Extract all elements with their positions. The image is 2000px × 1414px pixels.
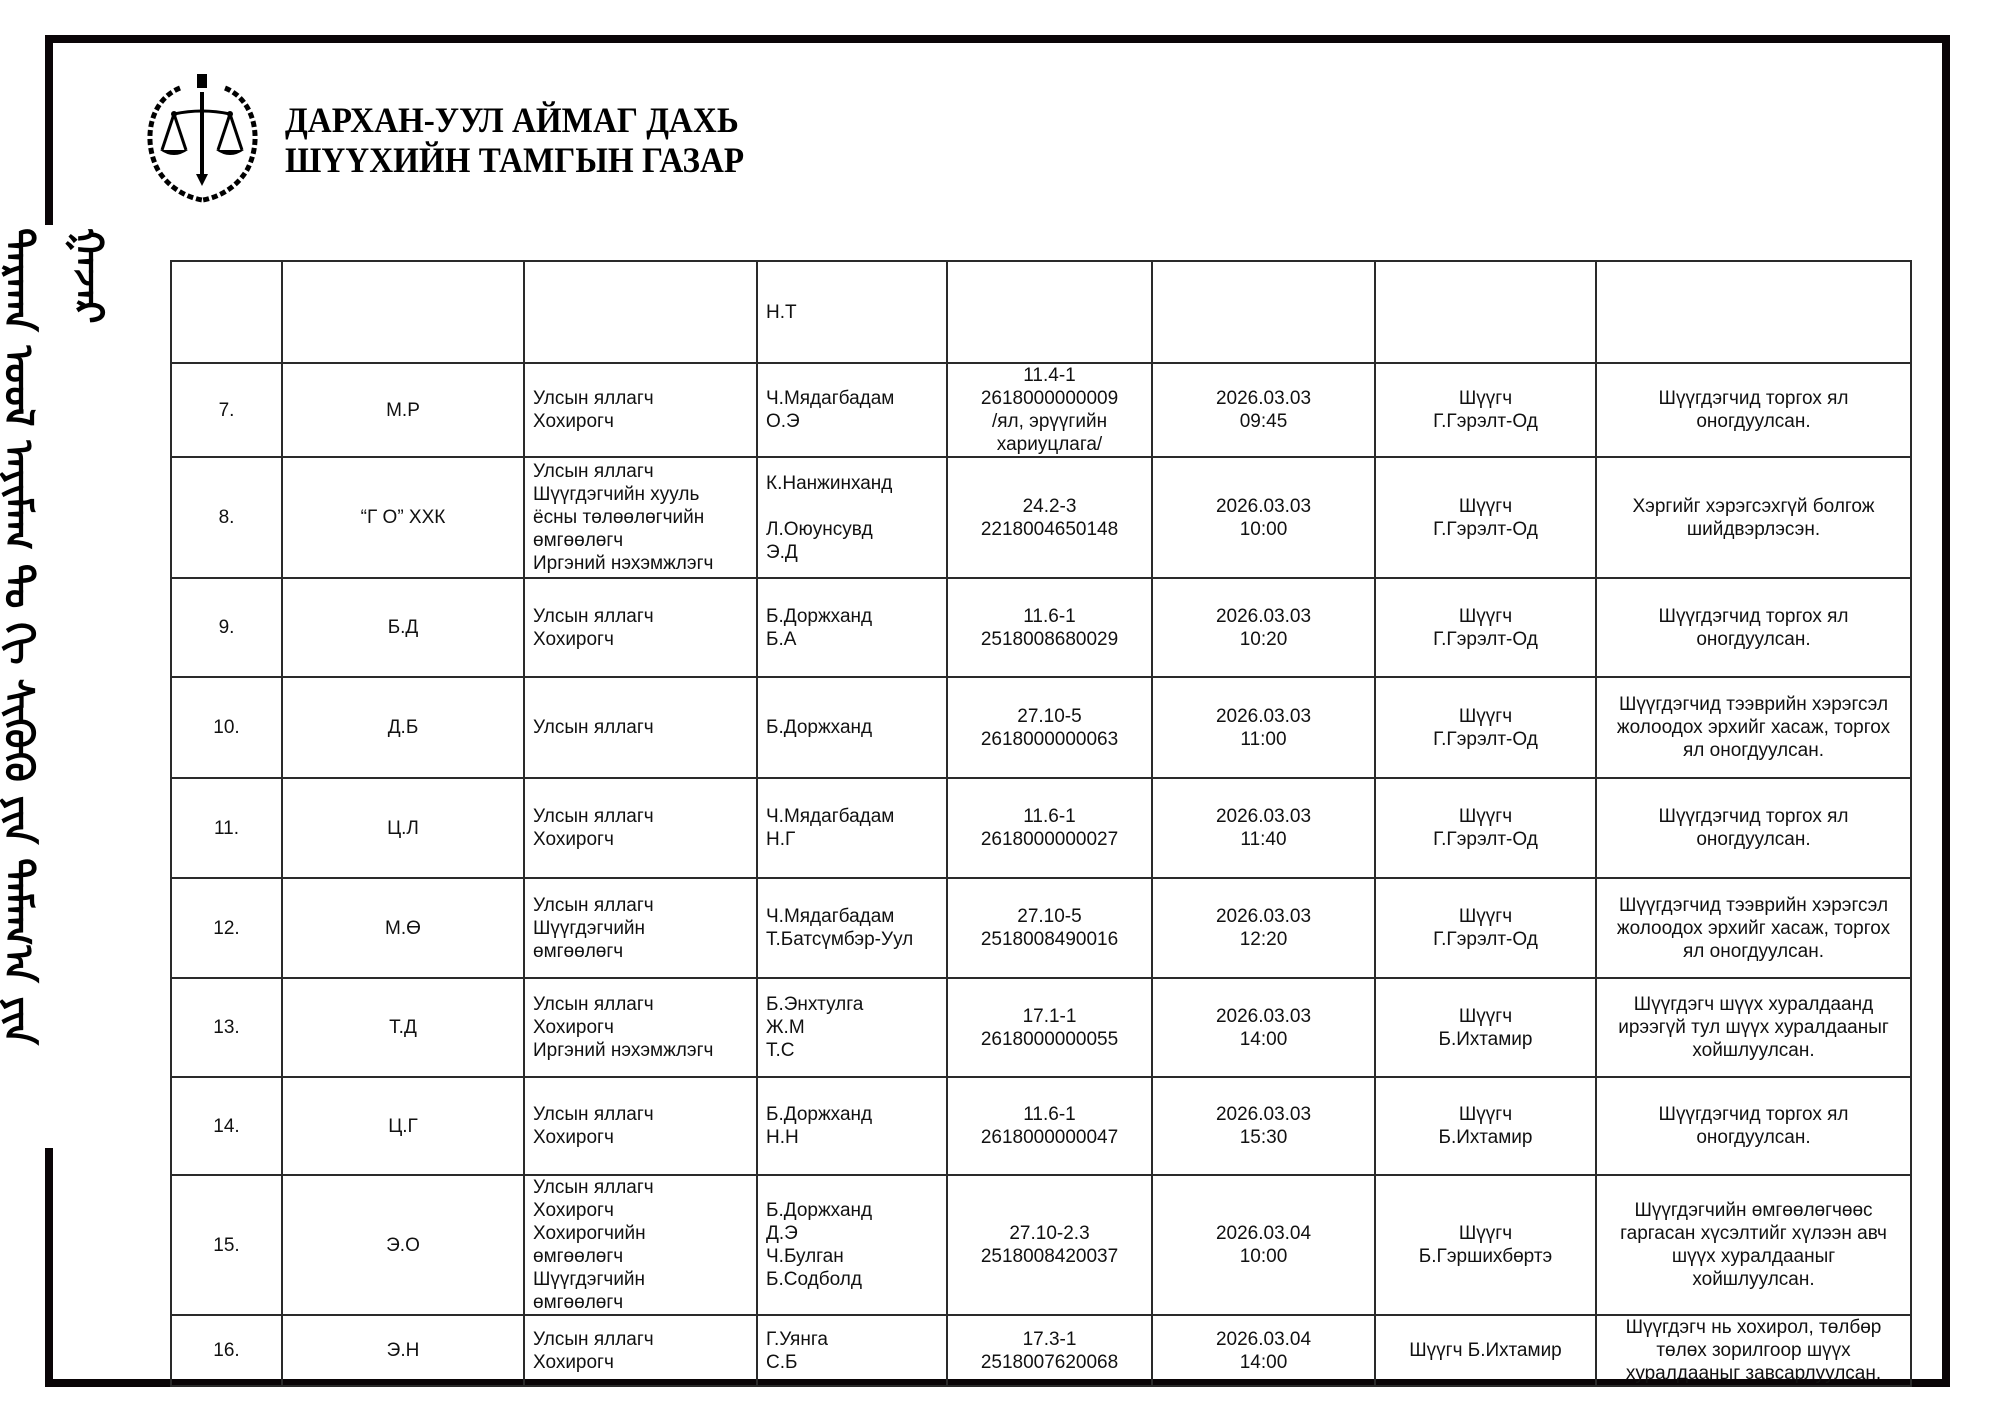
hearing-result-line: ял оногдуулсан. [1605, 940, 1902, 963]
hearing-result-line: ирээгүй тул шүүх хуралдааныг [1605, 1016, 1902, 1039]
hearing-datetime-line: 2026.03.03 [1161, 805, 1366, 828]
hearing-datetime: 2026.03.0410:00 [1152, 1175, 1375, 1315]
hearing-datetime: 2026.03.0315:30 [1152, 1077, 1375, 1175]
table-row: 11.Ц.ЛУлсын яллагчХохирогчЧ.МядагбадамН.… [171, 778, 1911, 878]
hearing-datetime: 2026.03.0310:00 [1152, 457, 1375, 578]
participant-roles-line: Иргэний нэхэмжлэгч [533, 1039, 748, 1062]
participant-names-line: Н.Г [766, 828, 938, 851]
participant-names-line: Д.Э [766, 1222, 938, 1245]
participant-names-line: Т.С [766, 1039, 938, 1062]
case-article-number-line: 2218004650148 [956, 518, 1143, 541]
hearing-result-line: шүүх хуралдааныг [1605, 1245, 1902, 1268]
participant-names: Б.ДоржхандД.ЭЧ.БулганБ.Содболд [757, 1175, 947, 1315]
case-article-number-line: 11.6-1 [956, 805, 1143, 828]
case-article-number-line: 2618000000047 [956, 1126, 1143, 1149]
case-article-number-line: 27.10-5 [956, 705, 1143, 728]
participant-names-line: Б.Доржханд [766, 605, 938, 628]
participant-roles: Улсын яллагчХохирогчХохирогчийнөмгөөлөгч… [524, 1175, 757, 1315]
case-article-number: 27.10-2.32518008420037 [947, 1175, 1152, 1315]
case-article-number: 17.1-12618000000055 [947, 978, 1152, 1077]
hearing-result-line: Шүүгдэгчид тээврийн хэрэгсэл [1605, 693, 1902, 716]
court-emblem-icon [140, 70, 265, 205]
participant-roles [524, 261, 757, 363]
table-row: 7.М.РУлсын яллагчХохирогчЧ.МядагбадамО.Э… [171, 363, 1911, 457]
case-article-number: 24.2-32218004650148 [947, 457, 1152, 578]
presiding-judge-line: Г.Гэрэлт-Од [1384, 518, 1587, 541]
participant-roles: Улсын яллагчХохирогч [524, 1077, 757, 1175]
defendant-name [282, 261, 524, 363]
hearing-datetime: 2026.03.0314:00 [1152, 978, 1375, 1077]
participant-names-line: Ч.Мядагбадам [766, 905, 938, 928]
case-article-number-line: 2618000000055 [956, 1028, 1143, 1051]
defendant-name: М.Р [282, 363, 524, 457]
participant-roles-line: Шүүгдэгчийн хууль [533, 483, 748, 506]
defendant-name: Э.Н [282, 1315, 524, 1386]
participant-names-line: Б.Доржханд [766, 1103, 938, 1126]
participant-names: Ч.МядагбадамО.Э [757, 363, 947, 457]
hearing-datetime-line: 2026.03.04 [1161, 1222, 1366, 1245]
hearing-datetime-line: 2026.03.03 [1161, 1005, 1366, 1028]
case-article-number-line: 11.6-1 [956, 1103, 1143, 1126]
hearing-result-line: Шүүгдэгчийн өмгөөлөгчөөс [1605, 1199, 1902, 1222]
hearing-result: Шүүгдэгчийн өмгөөлөгчөөсгаргасан хүсэлти… [1596, 1175, 1911, 1315]
case-article-number: 17.3-12518007620068 [947, 1315, 1152, 1386]
presiding-judge: ШүүгчГ.Гэрэлт-Од [1375, 363, 1596, 457]
participant-names-line: Г.Уянга [766, 1328, 938, 1351]
participant-names: Б.ЭнхтулгаЖ.МТ.С [757, 978, 947, 1077]
presiding-judge-line: Шүүгч [1384, 1222, 1587, 1245]
row-number: 9. [171, 578, 282, 677]
hearing-result: Шүүгдэгчид тээврийн хэрэгсэлжолоодох эрх… [1596, 878, 1911, 978]
presiding-judge: ШүүгчГ.Гэрэлт-Од [1375, 457, 1596, 578]
participant-names-line: Ч.Мядагбадам [766, 387, 938, 410]
case-article-number-line: 11.4-1 [956, 364, 1143, 387]
case-article-number-line: хариуцлага/ [956, 433, 1143, 456]
participant-roles-line: Улсын яллагч [533, 605, 748, 628]
participant-roles-line: Хохирогч [533, 410, 748, 433]
participant-roles-line: Улсын яллагч [533, 1328, 748, 1351]
presiding-judge: ШүүгчБ.Ихтамир [1375, 978, 1596, 1077]
defendant-name: Э.О [282, 1175, 524, 1315]
hearing-datetime [1152, 261, 1375, 363]
case-article-number-line: 2518007620068 [956, 1351, 1143, 1374]
hearing-result: Шүүгдэгчид торгох ялоногдуулсан. [1596, 363, 1911, 457]
presiding-judge-line: Г.Гэрэлт-Од [1384, 728, 1587, 751]
hearing-result-line: хуралдааныг завсарлуулсан. [1605, 1362, 1902, 1385]
participant-roles: Улсын яллагчХохирогч [524, 1315, 757, 1386]
participant-roles-line: өмгөөлөгч [533, 1245, 748, 1268]
hearing-result-line: хойшлуулсан. [1605, 1039, 1902, 1062]
hearing-result-line: жолоодох эрхийг хасаж, торгох [1605, 716, 1902, 739]
hearing-datetime-line: 2026.03.03 [1161, 1103, 1366, 1126]
participant-names: Г.УянгаС.Б [757, 1315, 947, 1386]
participant-names-line: Б.Доржханд [766, 716, 938, 739]
case-article-number-line: 17.3-1 [956, 1328, 1143, 1351]
case-article-number-line: 17.1-1 [956, 1005, 1143, 1028]
hearing-datetime-line: 2026.03.03 [1161, 605, 1366, 628]
participant-names-line: Ч.Мядагбадам [766, 805, 938, 828]
participant-names-line: Б.Энхтулга [766, 993, 938, 1016]
presiding-judge-line: Б.Ихтамир [1384, 1126, 1587, 1149]
participant-roles-line: Хохирогчийн [533, 1222, 748, 1245]
participant-names: Ч.МядагбадамТ.Батсүмбэр-Уул [757, 878, 947, 978]
hearing-result-line: Шүүгдэгч шүүх хуралдаанд [1605, 993, 1902, 1016]
participant-roles-line: Улсын яллагч [533, 1176, 748, 1199]
participant-names-line: Ж.М [766, 1016, 938, 1039]
hearing-datetime: 2026.03.0414:00 [1152, 1315, 1375, 1386]
hearing-result-line: ял оногдуулсан. [1605, 739, 1902, 762]
court-schedule-table: Н.Т7.М.РУлсын яллагчХохирогчЧ.Мядагбадам… [170, 260, 1912, 1387]
participant-roles: Улсын яллагчХохирогчИргэний нэхэмжлэгч [524, 978, 757, 1077]
participant-roles-line: өмгөөлөгч [533, 529, 748, 552]
presiding-judge: ШүүгчГ.Гэрэлт-Од [1375, 677, 1596, 778]
hearing-result: Шүүгдэгчид торгох ялоногдуулсан. [1596, 778, 1911, 878]
case-article-number-line: 2618000000009 [956, 387, 1143, 410]
participant-roles: Улсын яллагчШүүгдэгчийнөмгөөлөгч [524, 878, 757, 978]
title-line-2: ШҮҮХИЙН ТАМГЫН ГАЗАР [285, 140, 744, 180]
hearing-datetime-line: 2026.03.03 [1161, 387, 1366, 410]
case-article-number: 27.10-52618000000063 [947, 677, 1152, 778]
participant-roles-line: Шүүгдэгчийн [533, 917, 748, 940]
participant-names-line: Б.Содболд [766, 1268, 938, 1291]
presiding-judge-line: Б.Ихтамир [1384, 1028, 1587, 1051]
case-article-number: 11.4-12618000000009/ял, эрүүгийнхариуцла… [947, 363, 1152, 457]
participant-roles-line: өмгөөлөгч [533, 940, 748, 963]
presiding-judge: ШүүгчБ.Гэршихбөртэ [1375, 1175, 1596, 1315]
presiding-judge-line: Шүүгч [1384, 805, 1587, 828]
hearing-datetime-line: 11:40 [1161, 828, 1366, 851]
participant-names-line: Э.Д [766, 541, 938, 564]
case-article-number-line: 27.10-5 [956, 905, 1143, 928]
defendant-name: “Г О” ХХК [282, 457, 524, 578]
participant-names-line: Ч.Булган [766, 1245, 938, 1268]
row-number: 15. [171, 1175, 282, 1315]
hearing-datetime-line: 10:20 [1161, 628, 1366, 651]
side-script-text: ᠳᠠᠷᠬᠠᠨ ᠤᠤᠯ ᠠᠶᠢᠮᠠᠭ ᠲᠤ ᠬᠢ ᠱᠢᠭᠦᠬᠦ ᠶᠢᠨ ᠲᠠᠮᠠᠭ… [0, 228, 123, 1146]
row-number: 7. [171, 363, 282, 457]
case-article-number-line: /ял, эрүүгийн [956, 410, 1143, 433]
hearing-datetime: 2026.03.0312:20 [1152, 878, 1375, 978]
presiding-judge-line: Г.Гэрэлт-Од [1384, 628, 1587, 651]
case-article-number-line: 2518008490016 [956, 928, 1143, 951]
participant-names: Н.Т [757, 261, 947, 363]
hearing-result-line: оногдуулсан. [1605, 628, 1902, 651]
table-row: 9.Б.ДУлсын яллагчХохирогчБ.ДоржхандБ.А11… [171, 578, 1911, 677]
case-article-number: 11.6-12618000000047 [947, 1077, 1152, 1175]
row-number: 16. [171, 1315, 282, 1386]
participant-names: Ч.МядагбадамН.Г [757, 778, 947, 878]
row-number: 13. [171, 978, 282, 1077]
participant-names: Б.Доржханд [757, 677, 947, 778]
participant-names: К.Нанжинханд Л.ОюунсувдЭ.Д [757, 457, 947, 578]
hearing-datetime-line: 2026.03.03 [1161, 705, 1366, 728]
participant-roles: Улсын яллагчХохирогч [524, 363, 757, 457]
table-row: 12.М.ӨУлсын яллагчШүүгдэгчийнөмгөөлөгчЧ.… [171, 878, 1911, 978]
presiding-judge: ШүүгчГ.Гэрэлт-Од [1375, 878, 1596, 978]
participant-roles-line: Хохирогч [533, 1016, 748, 1039]
participant-roles: Улсын яллагчХохирогч [524, 578, 757, 677]
participant-roles-line: Иргэний нэхэмжлэгч [533, 552, 748, 575]
hearing-result-line: жолоодох эрхийг хасаж, торгох [1605, 917, 1902, 940]
presiding-judge-line: Г.Гэрэлт-Од [1384, 928, 1587, 951]
defendant-name: Д.Б [282, 677, 524, 778]
participant-roles-line: Хохирогч [533, 1351, 748, 1374]
hearing-datetime: 2026.03.0311:40 [1152, 778, 1375, 878]
participant-roles-line: Хохирогч [533, 628, 748, 651]
presiding-judge-line: Б.Гэршихбөртэ [1384, 1245, 1587, 1268]
page-border-left-bottom [45, 1148, 53, 1387]
table-row: 14.Ц.ГУлсын яллагчХохирогчБ.ДоржхандН.Н1… [171, 1077, 1911, 1175]
hearing-result-line: Шүүгдэгчид торгох ял [1605, 605, 1902, 628]
hearing-result-line: оногдуулсан. [1605, 410, 1902, 433]
hearing-result [1596, 261, 1911, 363]
participant-roles-line: Улсын яллагч [533, 460, 748, 483]
participant-names-line [766, 495, 938, 518]
presiding-judge-line: Шүүгч [1384, 495, 1587, 518]
table-row: 8.“Г О” ХХКУлсын яллагчШүүгдэгчийн хууль… [171, 457, 1911, 578]
organization-title: ДАРХАН-УУЛ АЙМАГ ДАХЬ ШҮҮХИЙН ТАМГЫН ГАЗ… [285, 100, 744, 180]
hearing-datetime-line: 12:20 [1161, 928, 1366, 951]
table-row: 13.Т.ДУлсын яллагчХохирогчИргэний нэхэмж… [171, 978, 1911, 1077]
presiding-judge-line: Шүүгч Б.Ихтамир [1384, 1339, 1587, 1362]
hearing-datetime: 2026.03.0310:20 [1152, 578, 1375, 677]
row-number: 12. [171, 878, 282, 978]
hearing-datetime-line: 09:45 [1161, 410, 1366, 433]
title-line-1: ДАРХАН-УУЛ АЙМАГ ДАХЬ [285, 100, 744, 140]
presiding-judge: Шүүгч Б.Ихтамир [1375, 1315, 1596, 1386]
participant-roles-line: Хохирогч [533, 828, 748, 851]
presiding-judge-line: Г.Гэрэлт-Од [1384, 410, 1587, 433]
hearing-result: Шүүгдэгчид торгох ялоногдуулсан. [1596, 578, 1911, 677]
participant-names-line: Л.Оюунсувд [766, 518, 938, 541]
case-article-number-line: 2518008420037 [956, 1245, 1143, 1268]
presiding-judge-line: Шүүгч [1384, 1103, 1587, 1126]
participant-names-line: Т.Батсүмбэр-Уул [766, 928, 938, 951]
hearing-result-line: Шүүгдэгчид торгох ял [1605, 805, 1902, 828]
table-row: 10.Д.БУлсын яллагчБ.Доржханд27.10-526180… [171, 677, 1911, 778]
hearing-datetime: 2026.03.0309:45 [1152, 363, 1375, 457]
mongolian-script-heading: ᠳᠠᠷᠬᠠᠨ ᠤᠤᠯ ᠠᠶᠢᠮᠠᠭ ᠲᠤ ᠬᠢ ᠱᠢᠭᠦᠬᠦ ᠶᠢᠨ ᠲᠠᠮᠠᠭ… [28, 228, 78, 1146]
table-row: Н.Т [171, 261, 1911, 363]
presiding-judge-line: Шүүгч [1384, 387, 1587, 410]
participant-names-line: К.Нанжинханд [766, 472, 938, 495]
defendant-name: Т.Д [282, 978, 524, 1077]
participant-roles-line: Улсын яллагч [533, 894, 748, 917]
row-number: 11. [171, 778, 282, 878]
case-article-number-line: 24.2-3 [956, 495, 1143, 518]
hearing-datetime-line: 15:30 [1161, 1126, 1366, 1149]
row-number [171, 261, 282, 363]
table-row: 15.Э.ОУлсын яллагчХохирогчХохирогчийнөмг… [171, 1175, 1911, 1315]
presiding-judge-line: Шүүгч [1384, 905, 1587, 928]
hearing-result-line: шийдвэрлэсэн. [1605, 518, 1902, 541]
defendant-name: Ц.Л [282, 778, 524, 878]
participant-names-line: Б.Доржханд [766, 1199, 938, 1222]
defendant-name: Ц.Г [282, 1077, 524, 1175]
hearing-datetime-line: 11:00 [1161, 728, 1366, 751]
hearing-datetime-line: 10:00 [1161, 518, 1366, 541]
hearing-result-line: гаргасан хүсэлтийг хүлээн авч [1605, 1222, 1902, 1245]
presiding-judge: ШүүгчБ.Ихтамир [1375, 1077, 1596, 1175]
case-article-number: 11.6-12518008680029 [947, 578, 1152, 677]
participant-roles-line: Хохирогч [533, 1126, 748, 1149]
participant-roles-line: Улсын яллагч [533, 387, 748, 410]
case-article-number-line: 2618000000027 [956, 828, 1143, 851]
hearing-result: Шүүгдэгчид тээврийн хэрэгсэлжолоодох эрх… [1596, 677, 1911, 778]
participant-roles-line: ёсны төлөөлөгчийн [533, 506, 748, 529]
case-article-number [947, 261, 1152, 363]
hearing-datetime-line: 2026.03.03 [1161, 495, 1366, 518]
presiding-judge-line: Шүүгч [1384, 705, 1587, 728]
participant-names-line: О.Э [766, 410, 938, 433]
hearing-result-line: Шүүгдэгч нь хохирол, төлбөр [1605, 1316, 1902, 1339]
case-article-number-line: 11.6-1 [956, 605, 1143, 628]
participant-roles-line: Улсын яллагч [533, 716, 748, 739]
participant-roles: Улсын яллагчХохирогч [524, 778, 757, 878]
row-number: 8. [171, 457, 282, 578]
case-article-number-line: 2518008680029 [956, 628, 1143, 651]
page-border-left-top [45, 35, 53, 225]
row-number: 10. [171, 677, 282, 778]
hearing-datetime-line: 2026.03.04 [1161, 1328, 1366, 1351]
participant-names-line: Б.А [766, 628, 938, 651]
table-row: 16.Э.НУлсын яллагчХохирогчГ.УянгаС.Б17.3… [171, 1315, 1911, 1386]
presiding-judge-line: Г.Гэрэлт-Од [1384, 828, 1587, 851]
defendant-name: Б.Д [282, 578, 524, 677]
hearing-result-line: оногдуулсан. [1605, 828, 1902, 851]
defendant-name: М.Ө [282, 878, 524, 978]
participant-roles-line: Шүүгдэгчийн [533, 1268, 748, 1291]
participant-roles-line: өмгөөлөгч [533, 1291, 748, 1314]
hearing-result-line: Хэргийг хэрэгсэхгүй болгож [1605, 495, 1902, 518]
hearing-datetime: 2026.03.0311:00 [1152, 677, 1375, 778]
case-article-number: 11.6-12618000000027 [947, 778, 1152, 878]
hearing-result-line: Шүүгдэгчид торгох ял [1605, 387, 1902, 410]
participant-roles-line: Улсын яллагч [533, 993, 748, 1016]
participant-names-line: Н.Т [766, 301, 938, 324]
hearing-result: Шүүгдэгч нь хохирол, төлбөртөлөх зорилго… [1596, 1315, 1911, 1386]
case-article-number-line: 2618000000063 [956, 728, 1143, 751]
participant-names: Б.ДоржхандБ.А [757, 578, 947, 677]
hearing-datetime-line: 10:00 [1161, 1245, 1366, 1268]
row-number: 14. [171, 1077, 282, 1175]
hearing-datetime-line: 2026.03.03 [1161, 905, 1366, 928]
participant-roles-line: Улсын яллагч [533, 805, 748, 828]
participant-roles: Улсын яллагч [524, 677, 757, 778]
hearing-datetime-line: 14:00 [1161, 1028, 1366, 1051]
hearing-result-line: Шүүгдэгчид торгох ял [1605, 1103, 1902, 1126]
hearing-result: Шүүгдэгч шүүх хуралдаандирээгүй тул шүүх… [1596, 978, 1911, 1077]
presiding-judge: ШүүгчГ.Гэрэлт-Од [1375, 778, 1596, 878]
case-article-number-line: 27.10-2.3 [956, 1222, 1143, 1245]
case-article-number: 27.10-52518008490016 [947, 878, 1152, 978]
hearing-result-line: төлөх зорилгоор шүүх [1605, 1339, 1902, 1362]
presiding-judge: ШүүгчГ.Гэрэлт-Од [1375, 578, 1596, 677]
participant-roles-line: Улсын яллагч [533, 1103, 748, 1126]
participant-names-line: Н.Н [766, 1126, 938, 1149]
participant-roles: Улсын яллагчШүүгдэгчийн хуульёсны төлөөл… [524, 457, 757, 578]
hearing-result-line: Шүүгдэгчид тээврийн хэрэгсэл [1605, 894, 1902, 917]
participant-names: Б.ДоржхандН.Н [757, 1077, 947, 1175]
presiding-judge-line: Шүүгч [1384, 605, 1587, 628]
hearing-datetime-line: 14:00 [1161, 1351, 1366, 1374]
presiding-judge [1375, 261, 1596, 363]
participant-roles-line: Хохирогч [533, 1199, 748, 1222]
hearing-result-line: оногдуулсан. [1605, 1126, 1902, 1149]
hearing-result: Хэргийг хэрэгсэхгүй болгожшийдвэрлэсэн. [1596, 457, 1911, 578]
participant-names-line: С.Б [766, 1351, 938, 1374]
presiding-judge-line: Шүүгч [1384, 1005, 1587, 1028]
hearing-result-line: хойшлуулсан. [1605, 1268, 1902, 1291]
hearing-result: Шүүгдэгчид торгох ялоногдуулсан. [1596, 1077, 1911, 1175]
